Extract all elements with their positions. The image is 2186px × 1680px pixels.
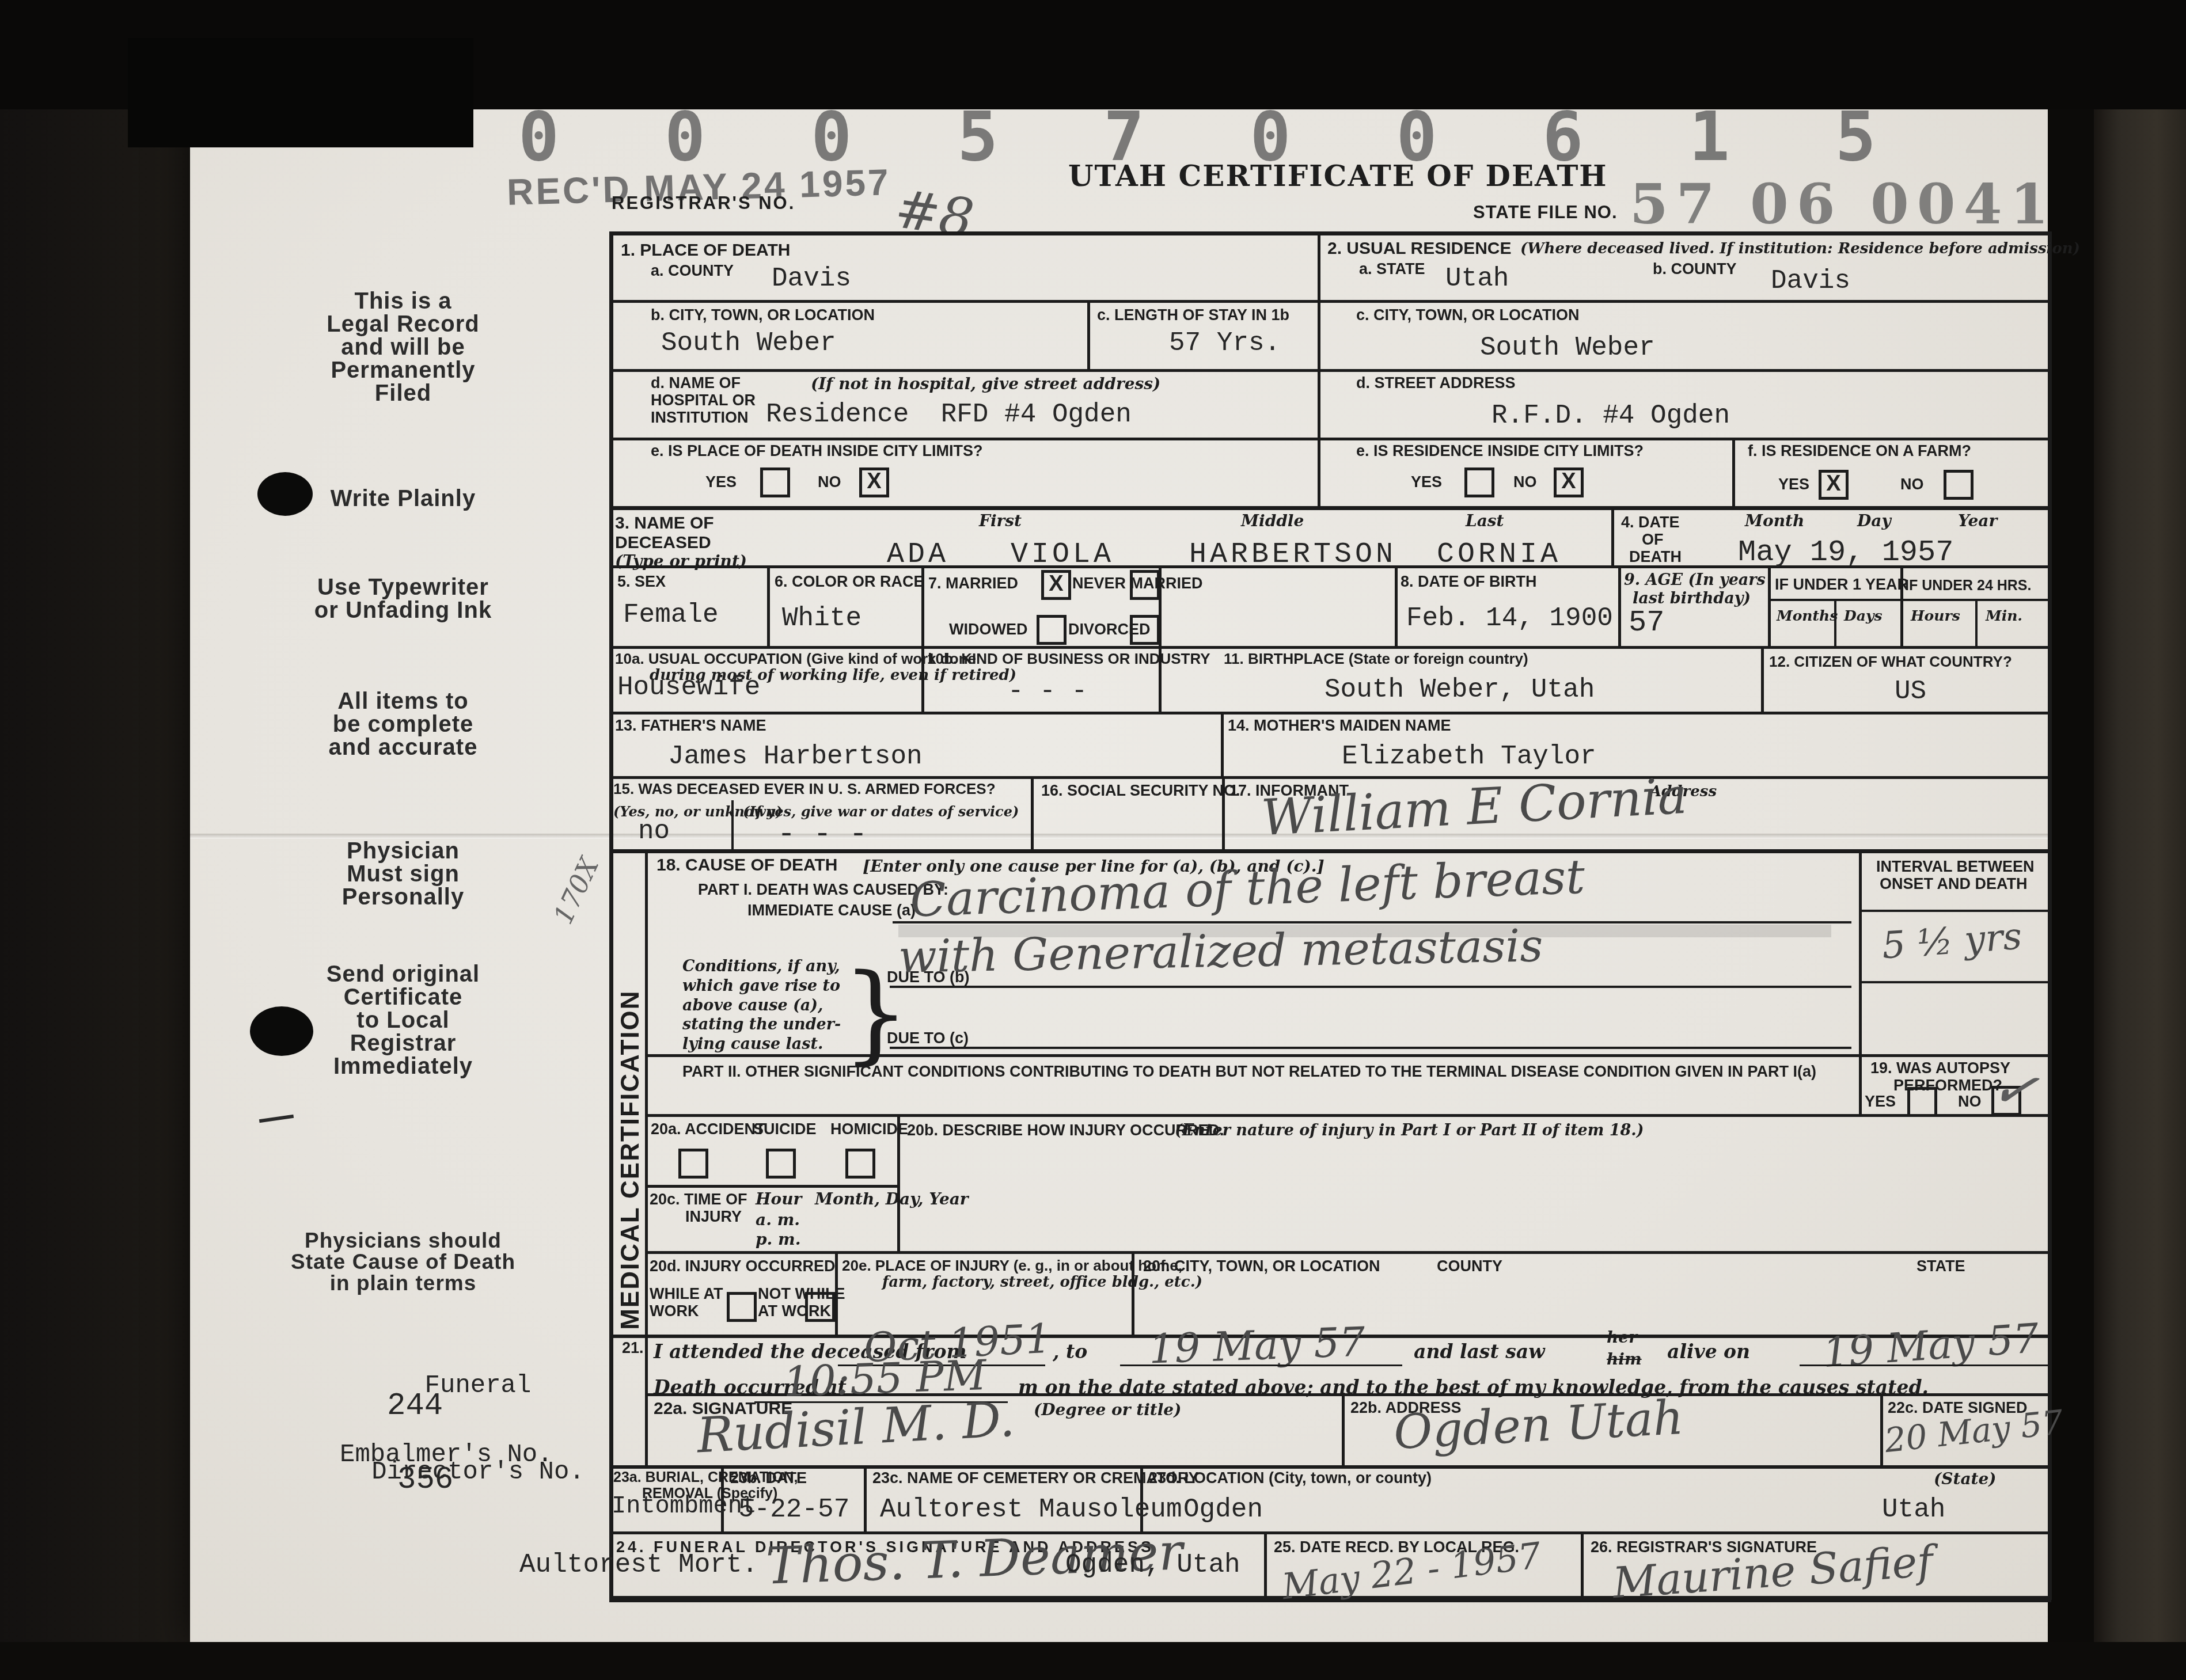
grid-line	[1880, 1393, 1883, 1465]
funeral-director-no-value: 244	[387, 1389, 443, 1424]
grid-line	[1859, 910, 2051, 912]
scan-bottom-band	[0, 1642, 2186, 1680]
note-line: which gave rise to	[682, 976, 849, 996]
s20a-suicide-checkbox	[766, 1149, 796, 1179]
grid-line	[609, 506, 2051, 510]
margin-line: and accurate	[196, 736, 610, 759]
s4-month-header: Month	[1745, 511, 1804, 530]
scanned-death-certificate: 0 0 0 5 7 0 0 6 1 5 REC'D MAY 24 1957 RE…	[0, 0, 2186, 1680]
s12-label: 12. CITIZEN OF WHAT COUNTRY?	[1769, 653, 2012, 670]
grid-line	[609, 712, 2051, 714]
s20c-pm-label: p. m.	[756, 1230, 800, 1249]
margin-line: and will be	[196, 336, 610, 359]
label-line: 4. DATE	[1621, 514, 1682, 531]
x-mark: X	[1044, 572, 1068, 596]
label-line: INJURY	[650, 1208, 747, 1225]
write-line	[1120, 1364, 1402, 1366]
grid-line	[1087, 300, 1090, 369]
s2f-yes-label: YES	[1778, 476, 1809, 493]
s1b-value: South Weber	[661, 328, 836, 358]
certificate-title: UTAH CERTIFICATE OF DEATH	[1068, 160, 1608, 192]
label-line: Funeral	[346, 1371, 610, 1400]
s2c-label: c. CITY, TOWN, OR LOCATION	[1356, 306, 1580, 324]
s21-him-label: him	[1607, 1350, 1642, 1369]
grid-line	[1732, 438, 1735, 506]
grid-line	[645, 1114, 2051, 1117]
grid-line	[609, 1465, 2051, 1469]
grid-line	[1768, 565, 1771, 646]
s18-conditions-note: Conditions, if any, which gave rise to a…	[682, 957, 849, 1054]
note-line: stating the under-	[682, 1015, 849, 1035]
s9-months-label: Months	[1777, 607, 1838, 624]
s8-value: Feb. 14, 1900	[1406, 603, 1613, 633]
s18-immediate-cause-label: IMMEDIATE CAUSE (a)	[747, 902, 916, 919]
write-line	[890, 1047, 1851, 1049]
s20f-label: 20f. CITY, TOWN, OR LOCATION	[1143, 1257, 1380, 1275]
label-line: d. NAME OF	[651, 374, 756, 392]
s12-value: US	[1895, 676, 1926, 706]
grid-line	[609, 646, 2051, 649]
note-line: above cause (a),	[682, 996, 849, 1016]
s2-title: 2. USUAL RESIDENCE	[1327, 239, 1512, 259]
s10b-value: - - -	[1008, 676, 1087, 706]
s2d-label: d. STREET ADDRESS	[1356, 374, 1516, 392]
label-line: PERFORMED?	[1870, 1077, 2010, 1094]
s1b-label: b. CITY, TOWN, OR LOCATION	[651, 306, 875, 324]
margin-line: be complete	[196, 713, 610, 736]
s1c-label: c. LENGTH OF STAY IN 1b	[1097, 306, 1289, 324]
s3-last-header: Last	[1466, 511, 1504, 530]
margin-line: Use Typewriter	[196, 576, 610, 599]
s23d-state-value: Utah	[1882, 1495, 1945, 1525]
s1e-yes-label: YES	[705, 473, 737, 491]
x-mark: X	[862, 469, 886, 493]
margin-line: All items to	[196, 690, 610, 713]
margin-note-complete: All items to be complete and accurate	[196, 690, 610, 759]
s20a-label: 20a. ACCIDENT	[651, 1120, 765, 1138]
grid-line	[609, 776, 2051, 779]
grid-line	[645, 1185, 900, 1188]
label-line: DECEASED	[615, 533, 714, 553]
label-line: OF	[1621, 531, 1682, 548]
s1d-value: Residence RFD #4 Ogden	[766, 400, 1132, 429]
registrar-no-label: REGISTRAR'S NO.	[612, 193, 795, 214]
s24-typed-mortuary: Aultorest Mort.	[519, 1550, 758, 1580]
x-mark: X	[1821, 472, 1846, 496]
s19-yes-label: YES	[1865, 1093, 1896, 1110]
margin-line: Registrar	[196, 1032, 610, 1055]
s13-value: James Harbertson	[668, 742, 923, 771]
s20a-suicide-label: SUICIDE	[753, 1120, 817, 1138]
s9-under24-label: IF UNDER 24 HRS.	[1905, 577, 2031, 594]
margin-line: Filed	[196, 382, 610, 405]
scan-corner-black	[128, 38, 473, 147]
label-line: DEATH	[1621, 548, 1682, 565]
s20b-note: (Enter nature of injury in Part I or Par…	[1175, 1122, 1644, 1139]
state-file-no-label: STATE FILE NO.	[1473, 203, 1618, 223]
s15-value2: - - -	[777, 818, 867, 852]
s1a-label: a. COUNTY	[651, 262, 734, 279]
s2e-no-checkbox: X	[1554, 467, 1584, 497]
label-line: HOSPITAL OR	[651, 392, 756, 409]
state-file-no-stamp: 57 06 0041	[1630, 172, 2056, 237]
s24-typed-city: Ogden, Utah	[1065, 1550, 1240, 1580]
s23b-label: 23b. DATE	[730, 1469, 807, 1487]
grid-line	[609, 438, 2051, 440]
s11-value: South Weber, Utah	[1324, 675, 1595, 705]
s1e-yes-checkbox	[760, 467, 790, 497]
s2f-no-checkbox	[1944, 470, 1974, 500]
label-line: INSTITUTION	[651, 409, 756, 426]
margin-line: Immediately	[196, 1055, 610, 1078]
s19-label: 19. WAS AUTOPSY PERFORMED?	[1870, 1059, 2010, 1094]
s3-middle-header: Middle	[1241, 511, 1304, 530]
grid-line	[1395, 565, 1398, 646]
s2a-label: a. STATE	[1359, 260, 1425, 278]
s2e-no-label: NO	[1513, 473, 1537, 491]
margin-line: Personally	[196, 885, 610, 909]
s18-due-c-label: DUE TO (c)	[887, 1029, 969, 1047]
s4-year-header: Year	[1958, 511, 1997, 530]
label-line: WHILE AT	[650, 1285, 723, 1302]
s9-under1-label: IF UNDER 1 YEAR	[1775, 576, 1908, 593]
s2f-no-label: NO	[1900, 476, 1924, 493]
s4-day-header: Day	[1857, 511, 1891, 530]
grid-line	[1859, 849, 1862, 1114]
label-line: 19. WAS AUTOPSY	[1870, 1059, 2010, 1077]
registrar-no-handwritten: #8	[891, 178, 977, 250]
s20d-label: 20d. INJURY OCCURRED	[650, 1257, 836, 1275]
margin-note-plain-terms: Physicians should State Cause of Death i…	[196, 1230, 610, 1294]
grid-line	[1264, 1531, 1267, 1596]
grid-line	[645, 849, 648, 1465]
s20a-homicide-checkbox	[845, 1149, 875, 1179]
s8-label: 8. DATE OF BIRTH	[1401, 573, 1537, 590]
s23d-state-note: (State)	[1934, 1469, 1997, 1488]
margin-line: Permanently	[196, 359, 610, 382]
embalmer-no-value: 356	[397, 1462, 453, 1497]
margin-note-send-original: Send original Certificate to Local Regis…	[196, 963, 610, 1078]
s20c-mdy-label: Month, Day, Year	[815, 1189, 969, 1208]
s9-days-label: Days	[1844, 607, 1882, 624]
label-line: WORK	[650, 1302, 723, 1320]
grid-line	[1611, 506, 1614, 565]
s21-text6: m on the date stated above; and to the b…	[1018, 1376, 1929, 1398]
s2f-label: f. IS RESIDENCE ON A FARM?	[1748, 442, 1971, 459]
s2e-yes-label: YES	[1411, 473, 1442, 491]
s7-widowed-checkbox	[1037, 615, 1067, 645]
grid-line	[1618, 565, 1621, 646]
margin-note-physician-sign: Physician Must sign Personally	[196, 839, 610, 909]
s20d-while-label: WHILE AT WORK	[650, 1285, 723, 1320]
grid-line	[1342, 1393, 1345, 1465]
s3-note: (Type or print)	[615, 552, 747, 571]
s20d-while-checkbox	[727, 1292, 757, 1322]
s1e-no-checkbox: X	[859, 467, 889, 497]
margin-line: Legal Record	[196, 313, 610, 336]
s1c-value: 57 Yrs.	[1169, 328, 1280, 358]
grid-line	[1859, 981, 2051, 983]
note-line: Conditions, if any,	[682, 957, 849, 976]
s15-value1: no	[638, 816, 670, 846]
s23a-value: Intombment	[612, 1492, 757, 1520]
s7-widowed-label: WIDOWED	[949, 621, 1027, 638]
grid-line	[2048, 231, 2052, 1600]
s2f-yes-checkbox: X	[1819, 470, 1849, 500]
s9-value: 57	[1629, 606, 1664, 640]
book-spine-edge	[2090, 0, 2186, 1680]
s7-divorced-checkbox	[1130, 615, 1160, 645]
s1e-no-label: NO	[818, 473, 841, 491]
s6-value: White	[782, 603, 862, 633]
grid-line	[609, 369, 2051, 372]
s19-yes-checkbox	[1907, 1087, 1937, 1117]
s6-label: 6. COLOR OR RACE	[775, 573, 924, 590]
s2c-value: South Weber	[1480, 333, 1655, 363]
s20a-accident-checkbox	[678, 1149, 708, 1179]
s11-label: 11. BIRTHPLACE (State or foreign country…	[1224, 651, 1528, 667]
s15-label: 15. WAS DECEASED EVER IN U. S. ARMED FOR…	[613, 781, 996, 797]
s3-first-header: First	[979, 511, 1022, 530]
s10a-value: Housewife	[617, 672, 760, 702]
margin-line: or Unfading Ink	[196, 599, 610, 622]
grid-line	[609, 231, 613, 1600]
label-line: ONSET AND DEATH	[1876, 875, 2035, 892]
s4-value: May 19, 1957	[1738, 535, 1953, 569]
s21-text3: and last saw	[1414, 1340, 1545, 1363]
grid-line	[609, 300, 2051, 303]
grid-line	[1768, 599, 2051, 601]
s23d-city-value: Ogden	[1183, 1495, 1263, 1525]
s23b-value: 5-22-57	[738, 1495, 849, 1525]
s20c-label: 20c. TIME OF INJURY	[650, 1191, 747, 1225]
s14-value: Elizabeth Taylor	[1342, 742, 1596, 771]
s2e-yes-checkbox	[1464, 467, 1494, 497]
margin-line: This is a	[196, 290, 610, 313]
interval-label: INTERVAL BETWEEN ONSET AND DEATH	[1876, 858, 2035, 892]
s1e-label: e. IS PLACE OF DEATH INSIDE CITY LIMITS?	[651, 442, 983, 459]
grid-line	[645, 1251, 2051, 1254]
scan-left-edge	[0, 0, 191, 1680]
s20c-am-label: a. m.	[756, 1210, 800, 1229]
s2e-label: e. IS RESIDENCE INSIDE CITY LIMITS?	[1356, 442, 1644, 459]
s2b-value: Davis	[1771, 266, 1850, 296]
grid-line	[1761, 646, 1764, 712]
s9-min-label: Min.	[1986, 607, 2022, 624]
margin-note-legal-record: This is a Legal Record and will be Perma…	[196, 290, 610, 405]
s14-label: 14. MOTHER'S MAIDEN NAME	[1228, 717, 1451, 734]
s20f-state-label: STATE	[1916, 1257, 1965, 1275]
paper-fold-crease	[190, 834, 2051, 839]
margin-note-write-plainly: Write Plainly	[196, 487, 610, 510]
grid-line	[609, 231, 2051, 235]
s20c-hour-label: Hour	[756, 1189, 802, 1208]
grid-line	[864, 1465, 867, 1531]
s18-title: 18. CAUSE OF DEATH	[656, 856, 838, 875]
label-line: INTERVAL BETWEEN	[1876, 858, 2035, 875]
s3-title: 3. NAME OF DECEASED	[615, 514, 714, 552]
write-line	[890, 986, 1851, 988]
s1d-note: (If not in hospital, give street address…	[811, 374, 1160, 393]
note-line: lying cause last.	[682, 1035, 849, 1054]
s9-label1: 9. AGE (In years	[1624, 571, 1766, 589]
s21-text4: alive on	[1667, 1340, 1750, 1363]
s3-middle1-value: VIOLA	[1011, 538, 1114, 571]
s21-her-label: her	[1607, 1328, 1637, 1347]
s2a-value: Utah	[1445, 264, 1509, 294]
s2-note: (Where deceased lived. If institution: R…	[1520, 240, 2080, 257]
s22a-degree-note: (Degree or title)	[1034, 1400, 1181, 1419]
s20d-notwhile-checkbox	[805, 1292, 835, 1322]
s18-part2-label: PART II. OTHER SIGNIFICANT CONDITIONS CO…	[682, 1063, 1816, 1080]
label-line: farm, factory, street, office bldg., etc…	[842, 1274, 1202, 1291]
funeral-director-no-label: Funeral Director's No.	[346, 1314, 610, 1544]
s21-text2: , to	[1053, 1340, 1087, 1363]
s7-married-checkbox: X	[1041, 570, 1071, 600]
s3-first-value: ADA	[887, 538, 949, 571]
s2b-label: b. COUNTY	[1653, 260, 1737, 278]
s7-married-label: 7. MARRIED	[928, 575, 1018, 592]
s21-number: 21.	[622, 1339, 644, 1356]
margin-line: Must sign	[196, 862, 610, 885]
grid-line	[1975, 599, 1978, 646]
margin-note-typewriter: Use Typewriter or Unfading Ink	[196, 576, 610, 622]
grid-line	[1581, 1531, 1584, 1596]
s4-label: 4. DATE OF DEATH	[1621, 514, 1682, 566]
s9-hours-label: Hours	[1911, 607, 1960, 624]
margin-line: Send original	[196, 963, 610, 986]
s23c-value: Aultorest Mausoleum	[880, 1495, 1182, 1525]
s3-last-value: CORNIA	[1437, 538, 1561, 571]
s16-label: 16. SOCIAL SECURITY NO.	[1041, 782, 1240, 799]
s20a-homicide-label: HOMICIDE	[830, 1120, 908, 1138]
margin-line: Physicians should	[196, 1230, 610, 1251]
margin-line: in plain terms	[196, 1272, 610, 1294]
s7-never-married-checkbox	[1130, 570, 1160, 600]
s3-middle2-value: HARBERTSON	[1189, 538, 1396, 571]
s1-title: 1. PLACE OF DEATH	[621, 241, 790, 260]
grid-line	[1318, 231, 1320, 506]
label-line: 3. NAME OF	[615, 514, 714, 533]
margin-line: Certificate	[196, 986, 610, 1009]
grid-line	[1221, 712, 1224, 776]
label-text: 20a.	[651, 1120, 681, 1138]
s13-label: 13. FATHER'S NAME	[615, 717, 766, 734]
s19-no-label: NO	[1958, 1093, 1982, 1110]
s5-label: 5. SEX	[617, 573, 666, 590]
margin-line: State Cause of Death	[196, 1251, 610, 1272]
grid-line	[767, 565, 770, 646]
x-mark: X	[1557, 469, 1581, 493]
label-line: 20c. TIME OF	[650, 1191, 747, 1208]
margin-line: to Local	[196, 1009, 610, 1032]
write-line	[1800, 1364, 2048, 1366]
s10b-label: 10b. KIND OF BUSINESS OR INDUSTRY	[927, 651, 1210, 667]
grid-line	[1031, 776, 1034, 849]
s2d-value: R.F.D. #4 Ogden	[1492, 401, 1730, 431]
s5-value: Female	[623, 600, 719, 630]
margin-line: Physician	[196, 839, 610, 862]
s20f-county-label: COUNTY	[1437, 1257, 1502, 1275]
s23d-label: 23d. LOCATION (City, town, or county)	[1149, 1469, 1432, 1487]
s1a-value: Davis	[772, 264, 851, 294]
s9-label2: last birthday)	[1633, 590, 1751, 607]
s1d-label: d. NAME OF HOSPITAL OR INSTITUTION	[651, 374, 756, 427]
label-text: MARRIED	[946, 575, 1018, 592]
